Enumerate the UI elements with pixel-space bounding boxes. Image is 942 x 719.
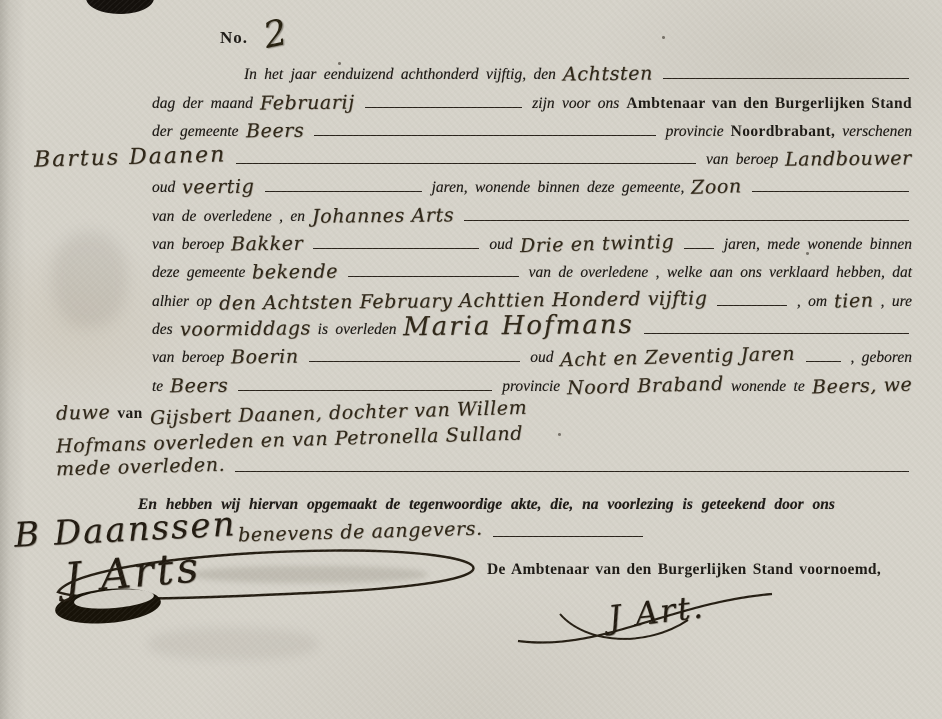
- act-line: van beroepBakkeroudDrie en twintigjaren,…: [152, 226, 912, 254]
- printed-text: der gemeente: [152, 123, 239, 141]
- printed-text: van beroep: [706, 151, 778, 169]
- printed-text: te: [152, 378, 163, 396]
- act-line: alhier opden Achtsten February Achttien …: [152, 282, 912, 310]
- printed-text: van de overledene , welke aan ons verkla…: [529, 264, 912, 282]
- blank-line-rule: [717, 305, 786, 306]
- act-body: In het jaar eenduizend achthonderd vijft…: [152, 56, 912, 542]
- printed-text: verschenen: [842, 123, 912, 141]
- act-number-line: No. 2: [220, 28, 287, 55]
- handwritten-text: Februarij: [260, 93, 355, 113]
- bleedthrough-smudge: [148, 628, 318, 660]
- blank-line-rule: [265, 191, 422, 192]
- printed-text: , om: [797, 293, 827, 311]
- blank-line-rule: [493, 536, 643, 537]
- handwritten-text: veertig: [182, 178, 255, 198]
- act-line: duwevanGijsbert Daanen, dochter van Will…: [56, 396, 912, 423]
- blank-line-rule: [235, 471, 909, 472]
- printed-text: , ure: [881, 293, 912, 311]
- death-certificate-scan: No. 2 In het jaar eenduizend achthonderd…: [0, 0, 942, 719]
- blank-line-rule: [238, 390, 492, 391]
- printed-text: , geboren: [851, 349, 912, 367]
- act-line: oudveertigjaren, wonende binnen deze gem…: [152, 169, 912, 197]
- blank-line-rule: [806, 361, 841, 362]
- printed-text: zijn voor ons: [532, 95, 619, 113]
- printed-text: In het jaar eenduizend achthonderd vijft…: [244, 66, 556, 84]
- printed-text: deze gemeente: [152, 264, 245, 282]
- handwritten-text: tien: [834, 291, 874, 311]
- handwritten-text: Beers, we: [811, 375, 912, 397]
- blank-line-rule: [644, 333, 909, 334]
- handwritten-text: Bakker: [231, 235, 303, 255]
- act-line: En hebben wij hiervan opgemaakt de tegen…: [138, 486, 912, 514]
- act-line: desvoormiddagsis overledenMaria Hofmans: [152, 311, 912, 339]
- printed-text: van: [117, 405, 142, 423]
- blank-line-rule: [348, 276, 518, 277]
- blank-line-rule: [313, 248, 479, 249]
- act-line: benevens de aangevers.: [152, 514, 912, 542]
- blank-line-rule: [663, 78, 909, 79]
- handwritten-text: Johannes Arts: [312, 206, 454, 226]
- handwritten-text: bekende: [252, 263, 338, 283]
- bleedthrough-smudge: [52, 232, 127, 327]
- handwritten-text: den Achtsten February Achttien Honderd v…: [219, 289, 708, 313]
- handwritten-text: Beers: [245, 122, 303, 142]
- blank-line-rule: [365, 107, 523, 108]
- printed-text: En hebben wij hiervan opgemaakt de tegen…: [138, 496, 835, 514]
- act-line: dag der maandFebruarijzijn voor onsAmbte…: [152, 84, 912, 112]
- official-title-line: De Ambtenaar van den Burgerlijken Stand …: [487, 561, 881, 579]
- printed-text: Noordbrabant,: [731, 123, 836, 141]
- printed-text: Ambtenaar van den Burgerlijken Stand: [626, 95, 912, 113]
- handwritten-text: Beers: [170, 376, 228, 396]
- handwritten-text: Maria Hofmans: [403, 312, 634, 340]
- printed-text: des: [152, 321, 173, 339]
- printed-text: dag der maand: [152, 95, 253, 113]
- act-line: der gemeenteBeersprovincieNoordbrabant,v…: [152, 113, 912, 141]
- printed-text: jaren, mede wonende binnen: [724, 236, 912, 254]
- blank-line-rule: [314, 135, 656, 136]
- handwritten-text: Boerin: [231, 348, 299, 368]
- bleedthrough-smudge: [192, 566, 427, 583]
- blank-line-rule: [309, 361, 520, 362]
- ink-speck: [662, 36, 665, 39]
- printed-text: jaren, wonende binnen deze gemeente,: [432, 179, 685, 197]
- printed-text: oud: [489, 236, 512, 254]
- printed-text: van beroep: [152, 349, 224, 367]
- handwritten-text: Landbouwer: [785, 150, 912, 170]
- blank-line-rule: [684, 248, 714, 249]
- handwritten-text: Zoon: [691, 178, 742, 198]
- printed-text: alhier op: [152, 293, 212, 311]
- blank-line-rule: [464, 220, 909, 221]
- blank-line-rule: [752, 191, 909, 192]
- act-line: teBeersprovincieNoord Brabandwonende teB…: [152, 367, 912, 395]
- printed-text: provincie: [502, 378, 560, 396]
- act-line: van de overledene , enJohannes Arts: [152, 197, 912, 225]
- handwritten-text: Achtsten: [563, 65, 653, 85]
- handwritten-text: mede overleden.: [56, 455, 226, 479]
- act-line: van beroepBoerinoudAcht en Zeventig Jare…: [152, 339, 912, 367]
- signature-witness-2: J Arts: [62, 542, 203, 603]
- printed-text: oud: [530, 349, 553, 367]
- printed-text: is overleden: [318, 321, 397, 339]
- handwritten-text: Drie en twintig: [519, 233, 674, 256]
- handwritten-text: Noord Braband: [567, 374, 724, 397]
- act-line: In het jaar eenduizend achthonderd vijft…: [152, 56, 912, 84]
- handwritten-text: benevens de aangevers.: [238, 520, 483, 546]
- act-line: deze gemeentebekendevan de overledene , …: [152, 254, 912, 282]
- printed-text: van beroep: [152, 236, 224, 254]
- act-number-label: No.: [220, 28, 248, 48]
- handwritten-text: duwe: [56, 403, 111, 424]
- handwritten-text: voormiddags: [180, 319, 311, 339]
- blank-line-rule: [236, 163, 696, 164]
- printed-text: provincie: [666, 123, 724, 141]
- printed-text: wonende te: [731, 378, 805, 396]
- printed-text: van de overledene , en: [152, 208, 305, 226]
- signature-official: J Art.: [606, 587, 706, 636]
- act-line: Bartus Daanenvan beroepLandbouwer: [34, 141, 912, 169]
- printed-text: oud: [152, 179, 175, 197]
- ink-blob-top: [86, 0, 154, 14]
- act-number: 2: [260, 12, 291, 57]
- handwritten-text: Bartus Daanen: [34, 145, 227, 172]
